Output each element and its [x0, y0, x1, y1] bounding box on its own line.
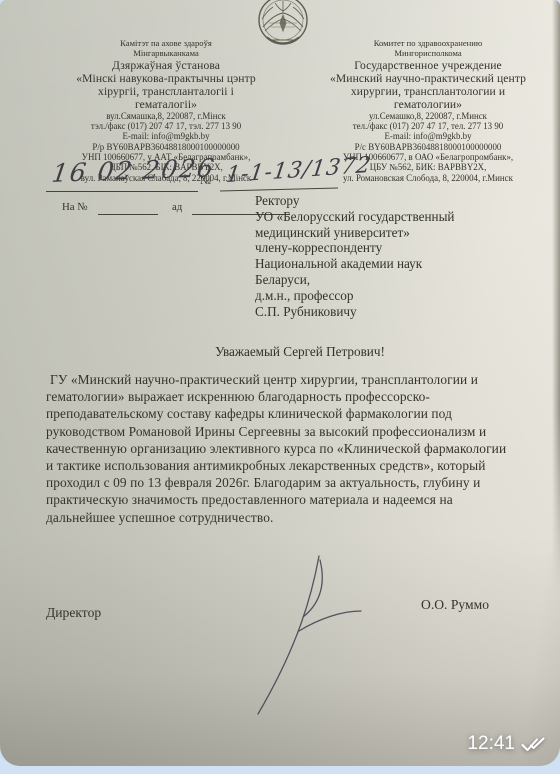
letterhead-address-line: Р/с BY60BAPB36048818000100000000: [302, 142, 554, 152]
body-line: ГУ «Минский научно-практический центр хи…: [46, 371, 558, 388]
body-line: проходил с 09 по 13 февраля 2026г. Благо…: [46, 474, 558, 491]
organization-name-line: «Минский научно-практический центр: [302, 72, 554, 85]
letterhead-line: Комитет по здравоохранению: [302, 38, 554, 48]
organization-name-line: гематалогіі»: [30, 98, 302, 111]
body-line: практическую значимость предоставленного…: [46, 491, 558, 508]
organization-name-line: «Мінскі навукова-практычны цэнтр: [30, 72, 302, 85]
addressee-line: д.м.н., профессор: [255, 288, 521, 304]
addressee-line: члену-корреспонденту: [255, 240, 521, 256]
body-line: руководством Романовой Ирины Сергеевны з…: [46, 423, 558, 440]
letterhead-address-line: E-mail: info@m9gkb.by: [302, 131, 554, 141]
organization-name-line: хирургии, трансплантологии и: [302, 85, 554, 98]
addressee-line: Ректору: [255, 193, 521, 209]
letterhead-line: Камітэт па ахове здароўя: [30, 38, 302, 48]
letterhead-address-line: E-mail: info@m9gkb.by: [30, 131, 302, 141]
handwritten-date: 16 02 2026: [50, 153, 217, 188]
chat-background-strip: [0, 766, 560, 774]
number-symbol: №: [200, 175, 211, 187]
letterhead-line: Мінгарвыканкама: [30, 48, 302, 58]
read-receipt-double-check-icon: [521, 737, 545, 751]
body-line: преподавательскому составу кафедры клини…: [46, 405, 558, 422]
organization-name-line: Дзяржаўная ўстанова: [30, 59, 302, 72]
body-line: и тактике использования антимикробных ле…: [46, 457, 558, 474]
reply-to-label: На №: [62, 201, 88, 213]
organization-name-line: Государственное учреждение: [302, 59, 554, 72]
signer-position: Директор: [46, 605, 101, 621]
addressee-line: УО «Белорусский государственный: [255, 209, 521, 225]
salutation: Уважаемый Сергей Петрович!: [40, 344, 560, 360]
letterhead-address-line: вул.Сямашка,8, 220087, г.Мінск: [30, 111, 302, 121]
letter-photo[interactable]: Камітэт па ахове здароўяМінгарвыканкама …: [0, 0, 560, 766]
addressee-line: медицинский университет»: [255, 225, 521, 241]
message-meta: 12:41: [467, 733, 545, 755]
body-line: дальнейшее успешное сотрудничество.: [46, 509, 558, 526]
addressee-line: Беларуси,: [255, 272, 521, 288]
addressee-line: Национальной академии наук: [255, 256, 521, 272]
letterhead-address-line: ул.Семашко,8, 220087, г.Минск: [302, 111, 554, 121]
addressee-line: С.П. Рубниковичу: [255, 304, 521, 320]
organization-name-line: гематологии»: [302, 98, 554, 111]
letterhead-address-line: тел./факс (017) 207 47 17, тел. 277 13 9…: [302, 121, 554, 131]
number-underline: [220, 187, 338, 191]
reply-number-underline: [98, 214, 158, 215]
organization-name-line: хірургіі, трансπланталогіі і: [30, 85, 302, 98]
body-line: качественную организацию элективного кур…: [46, 440, 558, 457]
letter-body: ГУ «Минский научно-практический центр хи…: [46, 371, 558, 526]
addressee-block: РекторуУО «Белорусский государственныйме…: [255, 193, 521, 319]
letterhead-address-line: тэл./факс (017) 207 47 17, тэл. 277 13 9…: [30, 121, 302, 131]
reply-from-label: ад: [172, 201, 182, 213]
date-underline: [46, 191, 198, 192]
letterhead-address-line: Р/р BY60BAPB36048818000100000000: [30, 142, 302, 152]
letterhead-line: Мингорисполкома: [302, 48, 554, 58]
body-line: гематологии» выражает искреннюю благодар…: [46, 388, 558, 405]
message-time: 12:41: [467, 733, 515, 755]
signer-name: О.О. Руммо: [421, 597, 489, 613]
